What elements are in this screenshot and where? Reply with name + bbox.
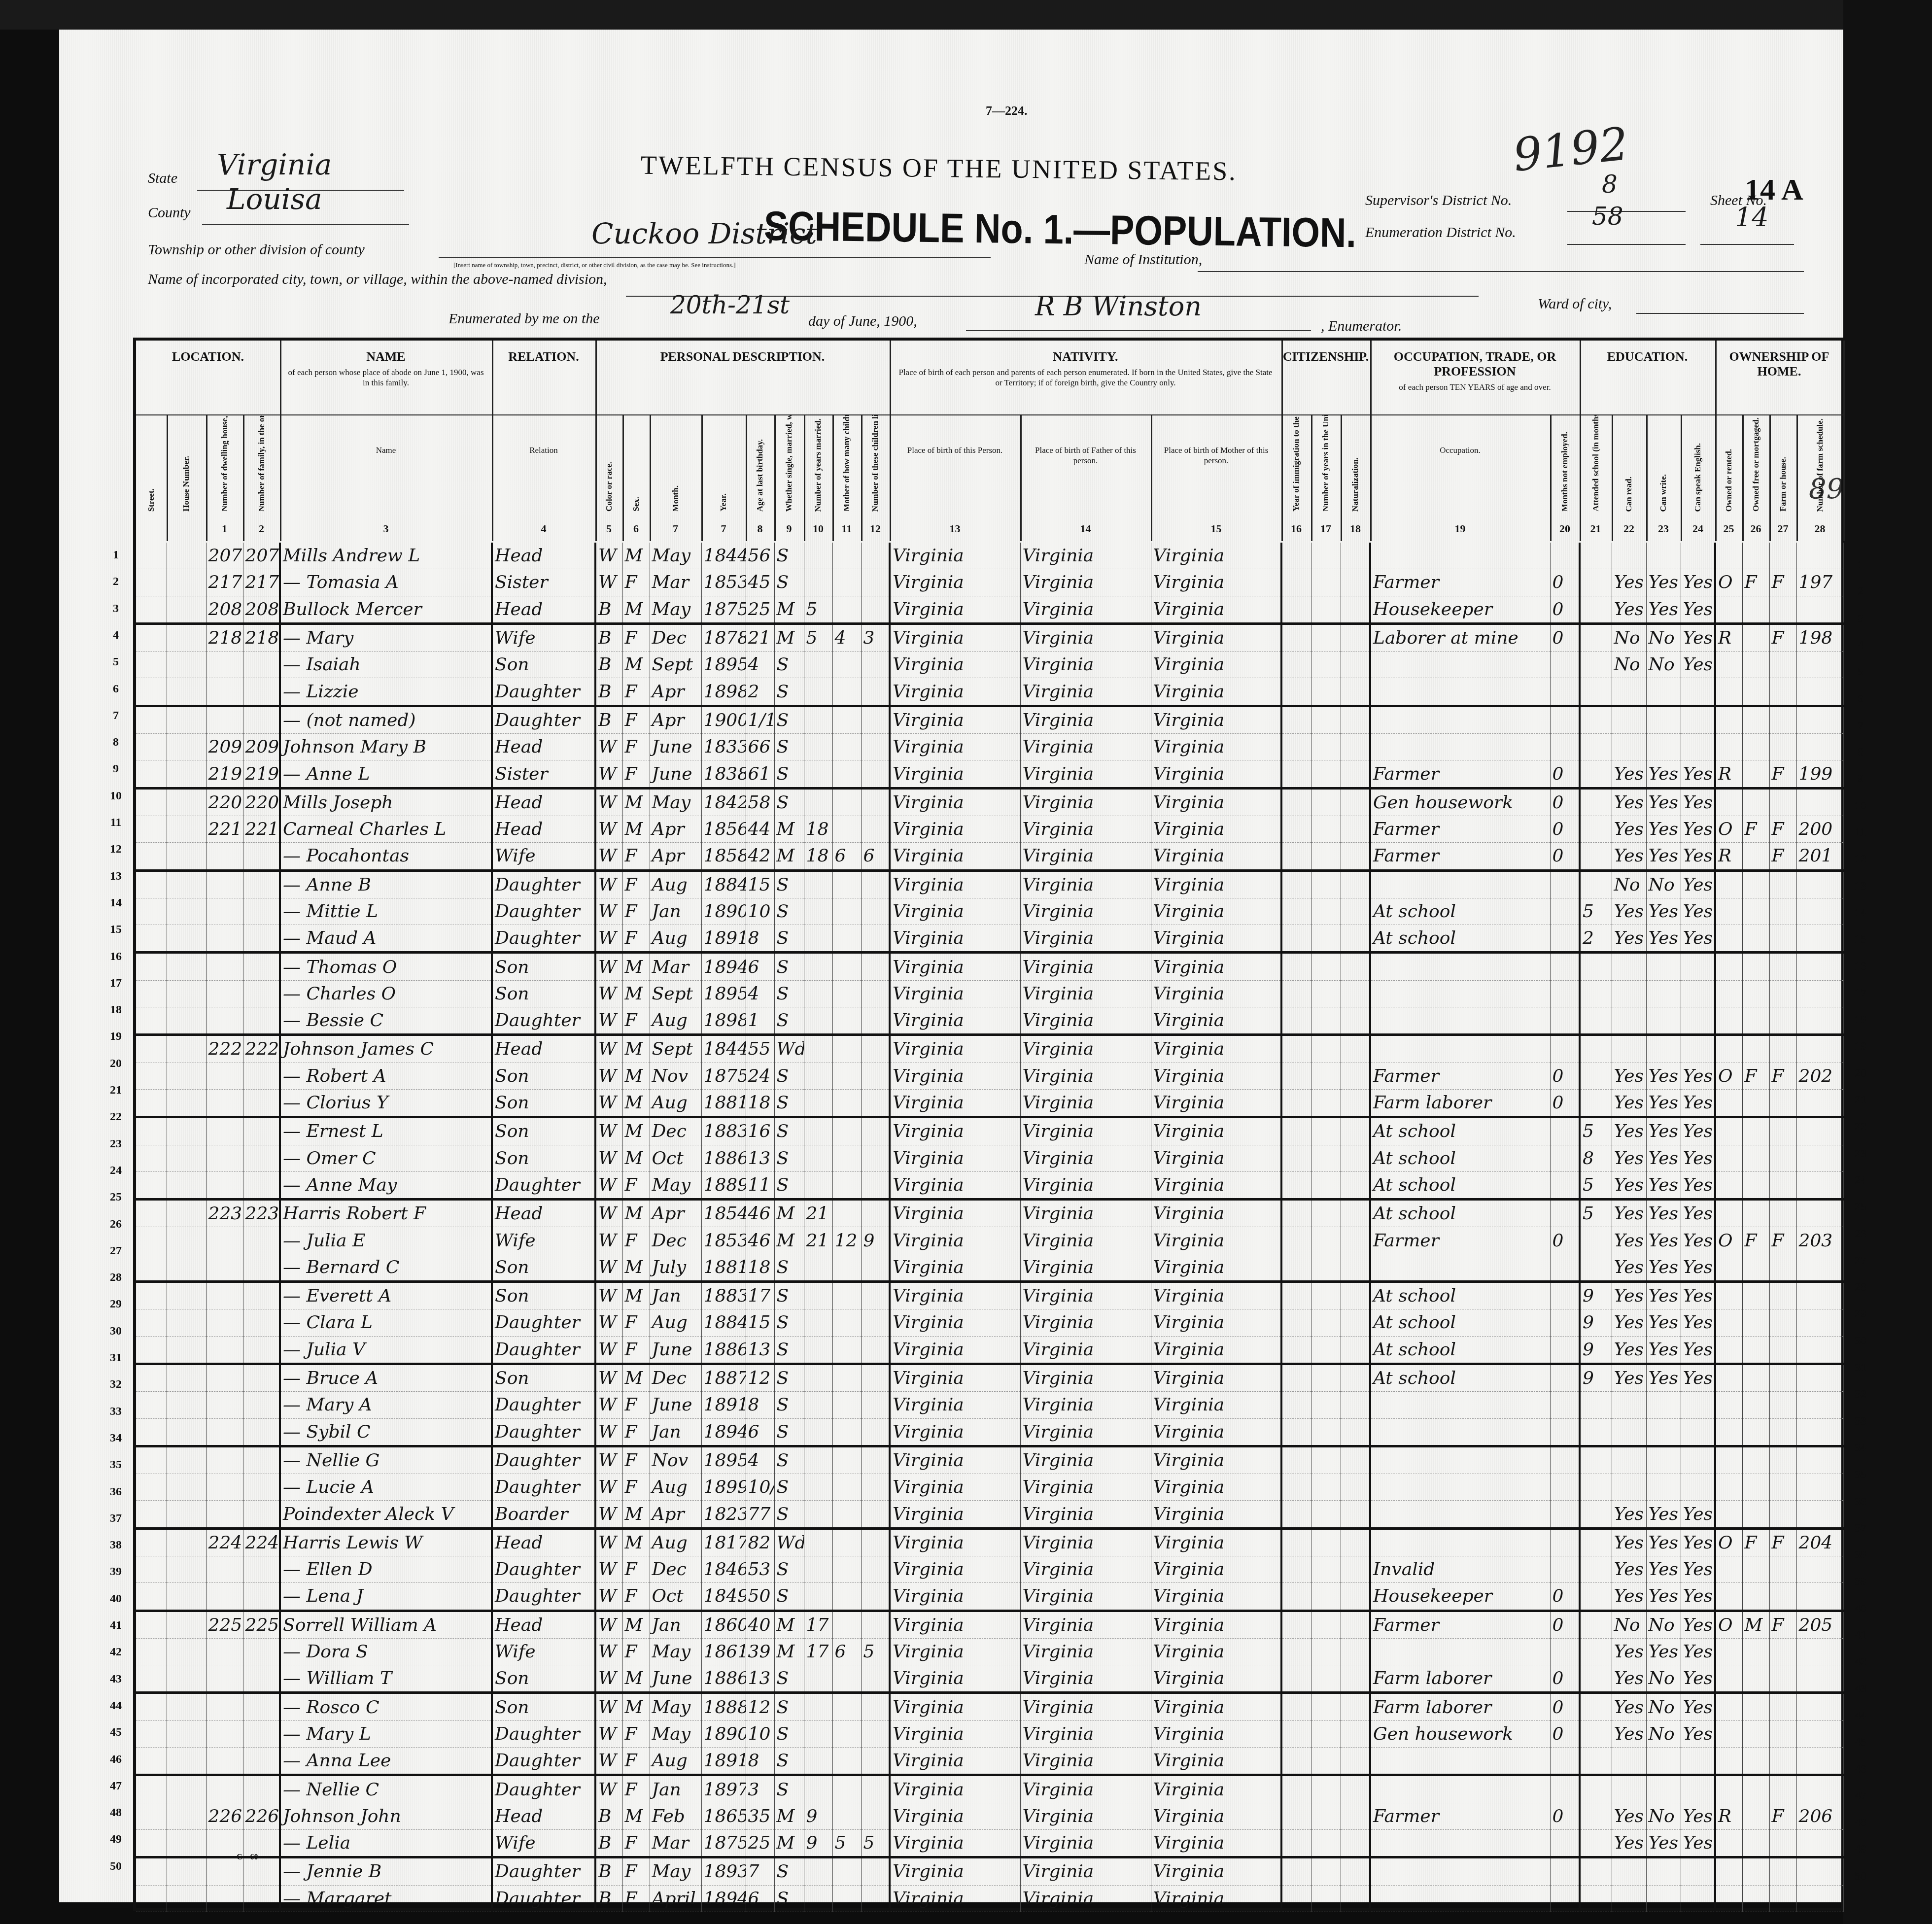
- cell-empty: [1341, 1885, 1370, 1912]
- cell-fm: [1742, 1200, 1769, 1227]
- cell-fam: [243, 980, 280, 1007]
- cell-dw: [206, 1089, 243, 1117]
- cell-bpf: Virginia: [1020, 953, 1151, 980]
- cell-age: 39: [746, 1638, 774, 1665]
- cell-race: W: [595, 1227, 622, 1254]
- cell-cl: [861, 1857, 890, 1885]
- cell-empty: [1341, 1364, 1370, 1391]
- cell-name: — Julia V: [280, 1336, 492, 1364]
- cell-fh: [1769, 706, 1796, 733]
- cell-name: — Bruce A: [280, 1364, 492, 1391]
- cell-age: 44: [746, 816, 774, 842]
- row-number-left: 26: [101, 1218, 131, 1231]
- cell-rd: Yes: [1612, 1829, 1646, 1857]
- cell-ch: [832, 1063, 861, 1089]
- cell-wr: No: [1646, 1611, 1681, 1638]
- cell-own: [1715, 678, 1742, 706]
- cell-sex: F: [622, 1748, 650, 1775]
- column-group-title: NAME: [280, 349, 492, 364]
- cell-empty: [136, 1254, 167, 1281]
- cell-ym: [804, 1556, 832, 1582]
- cell-dw: [206, 1282, 243, 1309]
- column-header: Age at last birthday.8: [746, 414, 776, 541]
- cell-yr: 1895: [701, 1446, 746, 1474]
- cell-empty: [1341, 1145, 1370, 1171]
- cell-own: [1715, 1254, 1742, 1281]
- cell-empty: [1341, 925, 1370, 953]
- cell-fh: [1769, 1309, 1796, 1336]
- cell-own: O: [1715, 569, 1742, 596]
- cell-rd: Yes: [1612, 843, 1646, 870]
- cell-ym: [804, 706, 832, 733]
- cell-age: 77: [746, 1501, 774, 1528]
- cell-fs: [1796, 652, 1843, 678]
- cell-cl: [861, 898, 890, 925]
- cell-ch: [832, 706, 861, 733]
- column-number: 7: [701, 522, 746, 535]
- cell-sex: F: [622, 569, 650, 596]
- cell-fh: [1769, 1583, 1796, 1611]
- cell-wr: Yes: [1646, 1309, 1681, 1336]
- cell-name: — Clara L: [280, 1309, 492, 1336]
- cell-cl: [861, 1611, 890, 1638]
- cell-own: [1715, 1309, 1742, 1336]
- cell-sex: F: [622, 1474, 650, 1501]
- cell-sch: 9: [1580, 1336, 1612, 1364]
- cell-yr: 1894: [701, 953, 746, 980]
- cell-fm: F: [1742, 1063, 1769, 1089]
- cell-fam: 218: [243, 623, 280, 651]
- cell-bp: Virginia: [890, 652, 1020, 678]
- cell-fm: [1742, 543, 1769, 569]
- cell-age: 8: [746, 925, 774, 953]
- cell-sex: M: [622, 543, 650, 569]
- cell-race: B: [595, 1803, 622, 1829]
- cell-fs: [1796, 1418, 1843, 1446]
- column-number: 6: [622, 522, 650, 535]
- cell-sex: F: [622, 706, 650, 733]
- schedule-title: SCHEDULE No. 1.—POPULATION.: [764, 202, 1357, 257]
- column-header: Number of family, in the order of visita…: [243, 414, 281, 541]
- cell-fam: 226: [243, 1803, 280, 1829]
- cell-rd: [1612, 1035, 1646, 1063]
- cell-occ: At school: [1370, 1364, 1550, 1391]
- cell-ch: 6: [832, 843, 861, 870]
- cell-bpm: Virginia: [1151, 1035, 1281, 1063]
- cell-empty: [167, 1775, 206, 1803]
- cell-empty: [167, 1035, 206, 1063]
- cell-en: Yes: [1681, 1254, 1715, 1281]
- cell-bpf: Virginia: [1020, 1611, 1151, 1638]
- row-number-left: 4: [101, 629, 131, 642]
- cell-empty: [1341, 1474, 1370, 1501]
- cell-race: W: [595, 1035, 622, 1063]
- cell-bpm: Virginia: [1151, 953, 1281, 980]
- cell-fs: [1796, 953, 1843, 980]
- cell-name: — Robert A: [280, 1063, 492, 1089]
- cell-fm: [1742, 898, 1769, 925]
- cell-fm: [1742, 1171, 1769, 1199]
- column-number: 24: [1681, 522, 1715, 535]
- cell-fam: [243, 1117, 280, 1145]
- row-number-right: 28: [1846, 1281, 1875, 1294]
- cell-fs: [1796, 1007, 1843, 1035]
- cell-own: [1715, 1638, 1742, 1665]
- cell-ym: [804, 1309, 832, 1336]
- cell-empty: [1281, 1611, 1311, 1638]
- cell-mne: [1550, 1748, 1580, 1775]
- cell-bpf: Virginia: [1020, 706, 1151, 733]
- cell-sex: F: [622, 1556, 650, 1582]
- cell-fs: [1796, 1336, 1843, 1364]
- cell-ms: S: [774, 1145, 804, 1171]
- cell-wr: No: [1646, 870, 1681, 898]
- cell-race: W: [595, 1418, 622, 1446]
- cell-name: — Clorius Y: [280, 1089, 492, 1117]
- cell-yr: 1842: [701, 788, 746, 816]
- cell-wr: [1646, 1392, 1681, 1418]
- cell-empty: [136, 678, 167, 706]
- cell-bp: Virginia: [890, 1556, 1020, 1582]
- cell-bp: Virginia: [890, 1748, 1020, 1775]
- cell-bpm: Virginia: [1151, 1145, 1281, 1171]
- cell-ch: [832, 1693, 861, 1720]
- cell-sch: 9: [1580, 1282, 1612, 1309]
- cell-empty: [1281, 596, 1311, 623]
- cell-ym: [804, 652, 832, 678]
- cell-mne: 0: [1550, 596, 1580, 623]
- cell-race: W: [595, 1200, 622, 1227]
- row-number-left: 42: [101, 1646, 131, 1659]
- cell-cl: [861, 760, 890, 788]
- census-row: — Ellen DDaughterWFDec184653SVirginiaVir…: [136, 1556, 1843, 1582]
- cell-wr: No: [1646, 623, 1681, 651]
- cell-fam: [243, 1665, 280, 1693]
- row-number-right: 39: [1846, 1575, 1875, 1588]
- cell-mon: Aug: [650, 1089, 701, 1117]
- census-row: — Omer CSonWMOct188613SVirginiaVirginiaV…: [136, 1145, 1843, 1171]
- cell-mne: [1550, 1775, 1580, 1803]
- cell-empty: [1311, 1336, 1341, 1364]
- cell-ym: [804, 1364, 832, 1391]
- row-number-right: 47: [1846, 1789, 1875, 1803]
- cell-fam: [243, 870, 280, 898]
- cell-empty: [1341, 1089, 1370, 1117]
- cell-mne: [1550, 1392, 1580, 1418]
- cell-dw: [206, 1063, 243, 1089]
- cell-dw: 224: [206, 1528, 243, 1556]
- cell-mne: [1550, 870, 1580, 898]
- cell-fs: [1796, 788, 1843, 816]
- column-number: 11: [832, 522, 861, 535]
- cell-ch: [832, 788, 861, 816]
- cell-empty: [167, 1309, 206, 1336]
- cell-empty: [136, 623, 167, 651]
- cell-fam: [243, 1364, 280, 1391]
- cell-fm: [1742, 1282, 1769, 1309]
- cell-empty: [1311, 1007, 1341, 1035]
- cell-fm: [1742, 1007, 1769, 1035]
- cell-en: Yes: [1681, 898, 1715, 925]
- column-number: 9: [774, 522, 804, 535]
- cell-empty: [167, 706, 206, 733]
- cell-fh: [1769, 1336, 1796, 1364]
- cell-yr: 1895: [701, 980, 746, 1007]
- cell-empty: [1281, 1720, 1311, 1747]
- cell-occ: [1370, 1857, 1550, 1885]
- cell-cl: [861, 980, 890, 1007]
- cell-empty: [1311, 925, 1341, 953]
- cell-rd: Yes: [1612, 1693, 1646, 1720]
- column-label: Place of birth of Father of this person.: [1026, 445, 1145, 466]
- cell-occ: [1370, 953, 1550, 980]
- cell-fs: [1796, 1171, 1843, 1199]
- census-row: — Anna LeeDaughterWFAug18918SVirginiaVir…: [136, 1748, 1843, 1775]
- cell-bpm: Virginia: [1151, 1857, 1281, 1885]
- cell-ms: M: [774, 1638, 804, 1665]
- cell-bpf: Virginia: [1020, 1418, 1151, 1446]
- row-number-right: 25: [1846, 1201, 1875, 1214]
- cell-rd: [1612, 678, 1646, 706]
- cell-dw: 209: [206, 734, 243, 760]
- row-number-left: 31: [101, 1351, 131, 1365]
- cell-rd: No: [1612, 870, 1646, 898]
- cell-mne: 0: [1550, 788, 1580, 816]
- cell-dw: 219: [206, 760, 243, 788]
- cell-empty: [136, 788, 167, 816]
- column-header: Owned free or mortgaged.26: [1742, 414, 1771, 541]
- cell-rel: Son: [492, 1665, 595, 1693]
- cell-bpm: Virginia: [1151, 1200, 1281, 1227]
- cell-age: 24: [746, 1063, 774, 1089]
- cell-empty: [136, 1035, 167, 1063]
- cell-race: W: [595, 1171, 622, 1199]
- enumerated-day: 20th-21st: [670, 291, 790, 319]
- cell-mon: Oct: [650, 1583, 701, 1611]
- cell-fm: [1742, 1145, 1769, 1171]
- census-row: 219219— Anne LSisterWFJune183861SVirgini…: [136, 760, 1843, 788]
- cell-empty: [1281, 1748, 1311, 1775]
- cell-fam: [243, 1336, 280, 1364]
- cell-ms: M: [774, 623, 804, 651]
- cell-yr: 1878: [701, 623, 746, 651]
- cell-bpm: Virginia: [1151, 1063, 1281, 1089]
- cell-own: [1715, 543, 1742, 569]
- cell-mne: [1550, 1007, 1580, 1035]
- column-label: Occupation.: [1376, 445, 1544, 455]
- cell-empty: [1341, 1556, 1370, 1582]
- cell-bpm: Virginia: [1151, 925, 1281, 953]
- cell-bpm: Virginia: [1151, 1638, 1281, 1665]
- cell-fm: [1742, 788, 1769, 816]
- census-row: — William TSonWMJune188613SVirginiaVirgi…: [136, 1665, 1843, 1693]
- cell-cl: [861, 1117, 890, 1145]
- cell-occ: [1370, 1474, 1550, 1501]
- cell-wr: [1646, 980, 1681, 1007]
- cell-en: Yes: [1681, 1200, 1715, 1227]
- cell-sex: M: [622, 1282, 650, 1309]
- cell-mon: June: [650, 1336, 701, 1364]
- cell-ms: S: [774, 760, 804, 788]
- cell-empty: [136, 1063, 167, 1089]
- row-number-right: 36: [1846, 1495, 1875, 1509]
- cell-fh: F: [1769, 623, 1796, 651]
- cell-fh: [1769, 1007, 1796, 1035]
- row-number-right: 45: [1846, 1736, 1875, 1749]
- cell-empty: [1341, 1063, 1370, 1089]
- cell-bp: Virginia: [890, 1171, 1020, 1199]
- column-label: Mother of how many children.: [842, 414, 852, 512]
- cell-ym: [804, 1857, 832, 1885]
- cell-ym: [804, 543, 832, 569]
- cell-rel: Head: [492, 788, 595, 816]
- cell-cl: [861, 1775, 890, 1803]
- cell-dw: 207: [206, 543, 243, 569]
- cell-fm: [1742, 1117, 1769, 1145]
- cell-fam: 219: [243, 760, 280, 788]
- cell-ym: [804, 1392, 832, 1418]
- cell-bpm: Virginia: [1151, 1829, 1281, 1857]
- cell-occ: [1370, 1748, 1550, 1775]
- cell-name: Mills Andrew L: [280, 543, 492, 569]
- cell-bpm: Virginia: [1151, 623, 1281, 651]
- township-label: Township or other division of county: [148, 241, 365, 258]
- cell-own: [1715, 1748, 1742, 1775]
- column-label: Street.: [146, 488, 156, 512]
- state-value: Virginia: [217, 148, 332, 181]
- cell-own: [1715, 1501, 1742, 1528]
- cell-wr: Yes: [1646, 1254, 1681, 1281]
- row-number-left: 10: [101, 790, 131, 803]
- cell-age: 15: [746, 870, 774, 898]
- cell-dw: [206, 870, 243, 898]
- cell-fm: [1742, 1336, 1769, 1364]
- cell-bpm: Virginia: [1151, 1583, 1281, 1611]
- row-number-right: 48: [1846, 1816, 1875, 1829]
- cell-en: Yes: [1681, 870, 1715, 898]
- cell-fh: F: [1769, 843, 1796, 870]
- cell-empty: [1341, 1611, 1370, 1638]
- cell-race: W: [595, 1392, 622, 1418]
- cell-empty: [1341, 1254, 1370, 1281]
- column-label: Number of dwelling house, in the order o…: [220, 414, 230, 512]
- cell-bpm: Virginia: [1151, 898, 1281, 925]
- cell-ms: S: [774, 678, 804, 706]
- cell-rel: Son: [492, 1254, 595, 1281]
- cell-empty: [167, 1803, 206, 1829]
- cell-empty: [167, 678, 206, 706]
- cell-bpf: Virginia: [1020, 623, 1151, 651]
- cell-cl: [861, 1063, 890, 1089]
- cell-bpm: Virginia: [1151, 1748, 1281, 1775]
- cell-empty: [1341, 1829, 1370, 1857]
- cell-empty: [1311, 1474, 1341, 1501]
- row-number-right: 21: [1846, 1094, 1875, 1107]
- cell-fh: [1769, 1885, 1796, 1912]
- cell-bp: Virginia: [890, 1007, 1020, 1035]
- cell-race: W: [595, 843, 622, 870]
- cell-sch: 9: [1580, 1309, 1612, 1336]
- cell-fh: [1769, 1829, 1796, 1857]
- cell-fs: 203: [1796, 1227, 1843, 1254]
- cell-ms: S: [774, 1446, 804, 1474]
- cell-fh: [1769, 1446, 1796, 1474]
- cell-sch: [1580, 1418, 1612, 1446]
- cell-bpm: Virginia: [1151, 870, 1281, 898]
- cell-bpm: Virginia: [1151, 1528, 1281, 1556]
- column-group-subtitle: of each person whose place of abode on J…: [286, 367, 486, 388]
- cell-fam: [243, 843, 280, 870]
- cell-mne: [1550, 1829, 1580, 1857]
- cell-bp: Virginia: [890, 1309, 1020, 1336]
- row-number-right: 30: [1846, 1335, 1875, 1348]
- cell-en: Yes: [1681, 1638, 1715, 1665]
- cell-bpm: Virginia: [1151, 1556, 1281, 1582]
- cell-bp: Virginia: [890, 898, 1020, 925]
- cell-ms: S: [774, 1665, 804, 1693]
- cell-bpf: Virginia: [1020, 898, 1151, 925]
- cell-ch: [832, 543, 861, 569]
- cell-name: — Anne L: [280, 760, 492, 788]
- cell-empty: [1341, 1803, 1370, 1829]
- column-header: Number of years married.10: [804, 414, 834, 541]
- cell-sch: 5: [1580, 1171, 1612, 1199]
- cell-bp: Virginia: [890, 1227, 1020, 1254]
- cell-rel: Head: [492, 1528, 595, 1556]
- cell-empty: [1281, 1063, 1311, 1089]
- cell-bpf: Virginia: [1020, 925, 1151, 953]
- cell-empty: [1281, 1117, 1311, 1145]
- cell-empty: [136, 1392, 167, 1418]
- cell-bp: Virginia: [890, 1803, 1020, 1829]
- cell-empty: [1341, 1282, 1370, 1309]
- cell-ch: [832, 1583, 861, 1611]
- column-number: 1: [206, 522, 243, 535]
- cell-fm: [1742, 843, 1769, 870]
- cell-dw: [206, 1775, 243, 1803]
- row-number-right: 35: [1846, 1468, 1875, 1481]
- cell-fh: F: [1769, 569, 1796, 596]
- cell-ch: [832, 816, 861, 842]
- enumerated-prefix: Enumerated by me on the: [448, 310, 600, 327]
- census-row: — Bernard CSonWMJuly188118SVirginiaVirgi…: [136, 1254, 1843, 1281]
- cell-cl: 3: [861, 623, 890, 651]
- cell-cl: [861, 1171, 890, 1199]
- cell-yr: 1899: [701, 1474, 746, 1501]
- cell-bpm: Virginia: [1151, 843, 1281, 870]
- cell-sex: F: [622, 898, 650, 925]
- cell-sch: 5: [1580, 1200, 1612, 1227]
- cell-yr: 1894: [701, 1885, 746, 1912]
- cell-dw: [206, 1117, 243, 1145]
- enumerator-label: , Enumerator.: [1321, 318, 1402, 335]
- cell-race: W: [595, 1063, 622, 1089]
- cell-cl: [861, 1392, 890, 1418]
- column-label: Can read.: [1624, 477, 1634, 512]
- cell-sch: [1580, 980, 1612, 1007]
- cell-en: Yes: [1681, 816, 1715, 842]
- cell-empty: [1281, 980, 1311, 1007]
- cell-dw: [206, 1474, 243, 1501]
- cell-own: [1715, 788, 1742, 816]
- cell-ym: [804, 1145, 832, 1171]
- cell-en: Yes: [1681, 1282, 1715, 1309]
- cell-fm: [1742, 980, 1769, 1007]
- cell-fs: [1796, 1364, 1843, 1391]
- cell-empty: [167, 1446, 206, 1474]
- cell-empty: [167, 1885, 206, 1912]
- cell-ms: S: [774, 1089, 804, 1117]
